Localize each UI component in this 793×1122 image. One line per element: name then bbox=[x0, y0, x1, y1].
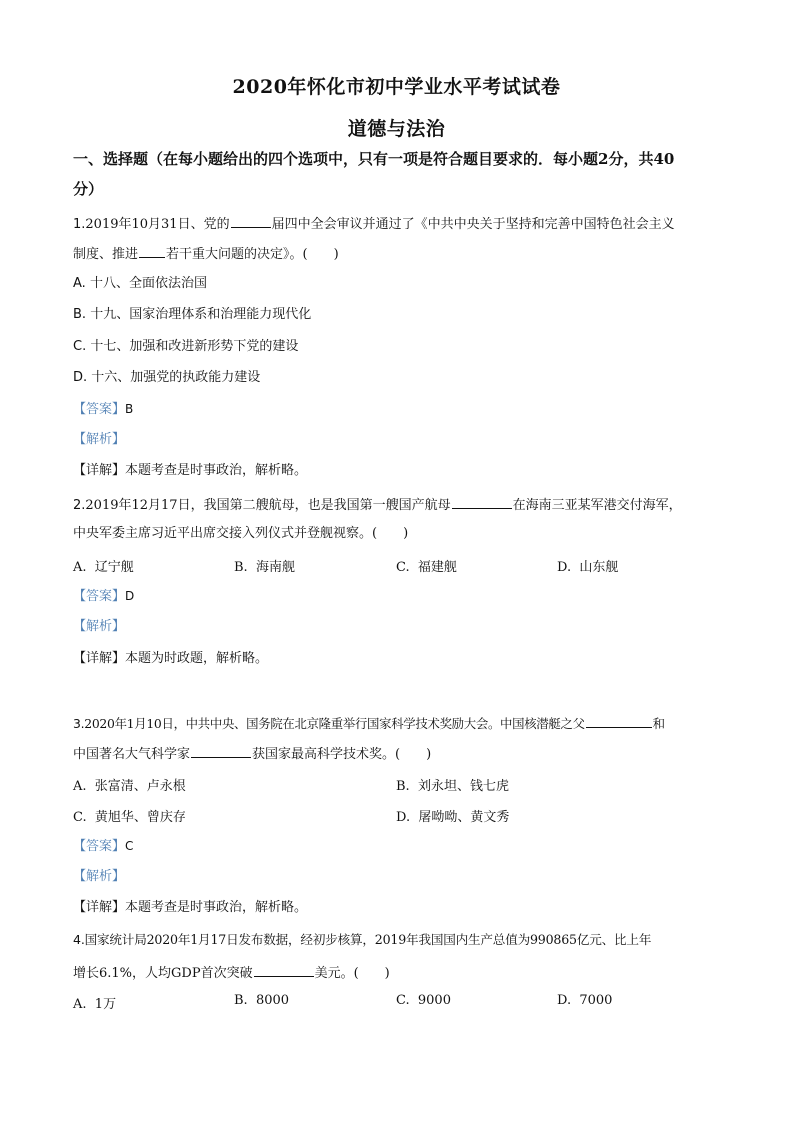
answer-row: 【答案】B bbox=[73, 400, 133, 419]
page-title: 2020年怀化市初中学业水平考试试卷 bbox=[0, 72, 793, 99]
answer-value: C bbox=[125, 839, 133, 853]
analysis-label: 【解析】 bbox=[73, 431, 125, 449]
exam-page: 2020年怀化市初中学业水平考试试卷 道德与法治 一、选择题（在每小题给出的四个… bbox=[0, 0, 793, 1122]
answer-row: 【答案】D bbox=[73, 587, 134, 606]
section-heading-cont: 分） bbox=[73, 180, 103, 198]
option-b: B. 8000 bbox=[234, 993, 289, 1008]
answer-value: D bbox=[125, 589, 134, 603]
question-3-line1: 3.2020年1月10日，中共中央、国务院在北京隆重举行国家科学技术奖励大会。中… bbox=[73, 713, 665, 733]
section-heading: 一、选择题（在每小题给出的四个选项中，只有一项是符合题目要求的．每小题2分，共4… bbox=[73, 150, 674, 168]
question-1-line1: 1.2019年10月31日、党的届四中全会审议并通过了《中共中央关于坚持和完善中… bbox=[73, 213, 675, 234]
option-b: B. 刘永坦、钱七虎 bbox=[396, 775, 509, 794]
option-a: A. 十八、全面依法治国 bbox=[73, 275, 207, 293]
answer-blank bbox=[586, 713, 652, 728]
option-c: C. 福建舰 bbox=[396, 556, 457, 575]
question-2-line1: 2.2019年12月17日，我国第二艘航母，也是我国第一艘国产航母在海南三亚某军… bbox=[73, 494, 682, 515]
question-4-line1: 4.国家统计局2020年1月17日发布数据，经初步核算，2019年我国国内生产总… bbox=[73, 931, 651, 949]
question-4-line2: 增长6.1%，人均GDP首次突破美元。( ) bbox=[73, 962, 390, 983]
option-d: D. 山东舰 bbox=[557, 556, 618, 575]
answer-blank bbox=[231, 213, 271, 228]
question-1-line2: 制度、推进若干重大问题的决定》。( ) bbox=[73, 243, 339, 264]
answer-blank bbox=[254, 962, 314, 977]
option-c: C. 黄旭华、曾庆存 bbox=[73, 806, 186, 825]
detail-row: 【详解】本题考查是时事政治，解析略。 bbox=[73, 462, 307, 480]
option-d: D. 7000 bbox=[557, 993, 612, 1008]
answer-blank bbox=[452, 494, 512, 509]
analysis-label: 【解析】 bbox=[73, 618, 125, 636]
question-3-line2: 中国著名大气科学家获国家最高科学技术奖。( ) bbox=[73, 743, 431, 764]
answer-blank bbox=[191, 743, 251, 758]
option-b: B. 十九、国家治理体系和治理能力现代化 bbox=[73, 306, 311, 324]
answer-blank bbox=[139, 243, 165, 258]
option-a: A. 辽宁舰 bbox=[73, 556, 134, 575]
option-b: B. 海南舰 bbox=[234, 556, 295, 575]
option-a: A. 1万 bbox=[73, 993, 116, 1012]
option-c: C. 十七、加强和改进新形势下党的建设 bbox=[73, 338, 298, 356]
question-2-line2: 中央军委主席习近平出席交接入列仪式并登舰视察。( ) bbox=[73, 525, 408, 543]
analysis-label: 【解析】 bbox=[73, 868, 125, 886]
option-d: D. 十六、加强党的执政能力建设 bbox=[73, 369, 260, 387]
detail-row: 【详解】本题为时政题，解析略。 bbox=[73, 650, 268, 668]
option-c: C. 9000 bbox=[396, 993, 451, 1008]
option-a: A. 张富清、卢永根 bbox=[73, 775, 186, 794]
answer-value: B bbox=[125, 402, 133, 416]
option-d: D. 屠呦呦、黄文秀 bbox=[396, 806, 509, 825]
answer-row: 【答案】C bbox=[73, 837, 133, 856]
detail-row: 【详解】本题考查是时事政治，解析略。 bbox=[73, 899, 307, 917]
page-subtitle: 道德与法治 bbox=[0, 114, 793, 141]
